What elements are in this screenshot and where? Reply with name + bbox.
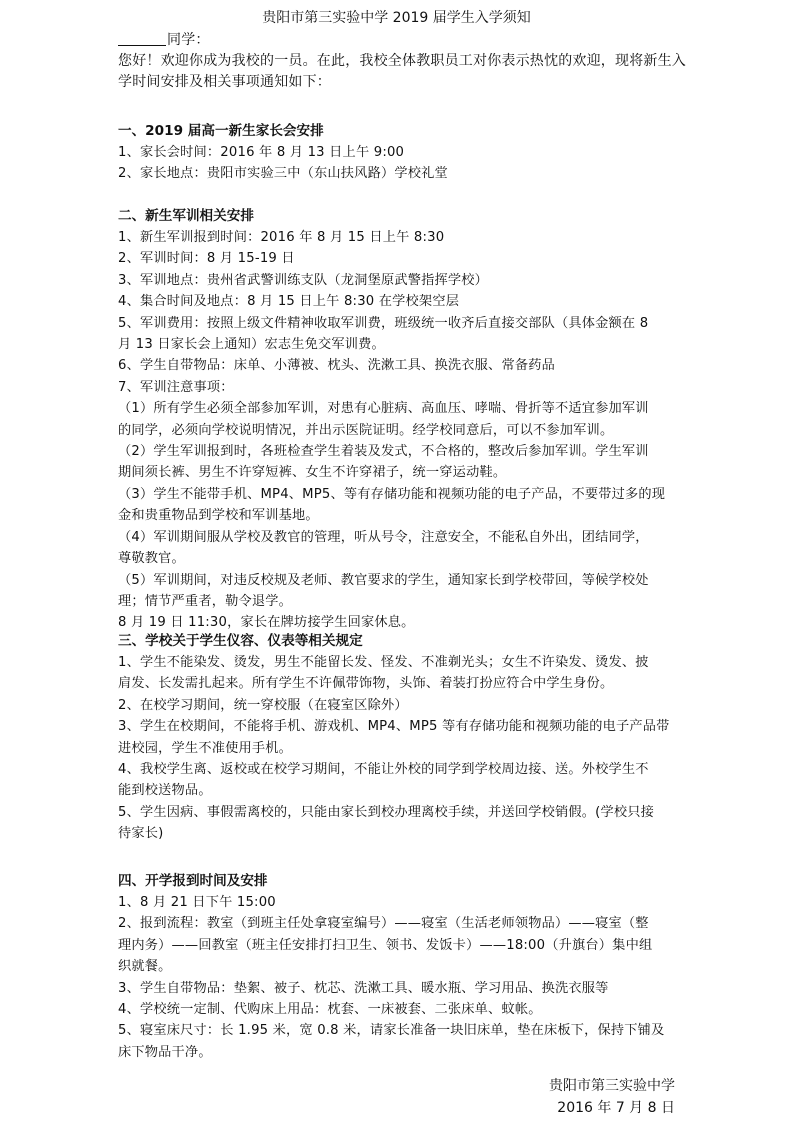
- section-line: 能到校送物品。: [118, 780, 698, 801]
- section-line: （4）军训期间服从学校及教官的管理，听从号令，注意安全，不能私自外出，团结同学，: [118, 527, 698, 548]
- section-appearance-rules: 三、学校关于学生仪容、仪表等相关规定 1、学生不能染发、烫发，男生不能留长发、怪…: [118, 630, 698, 845]
- intro-line: 您好！欢迎你成为我校的一员。在此，我校全体教职员工对你表示热忱的欢迎，现将新生入: [118, 51, 698, 72]
- section-line: 的同学，必须向学校说明情况，并出示医院证明。经学校同意后，可以不参加军训。: [118, 420, 698, 441]
- document-title: 贵阳市第三实验中学 2019 届学生入学须知: [0, 8, 793, 28]
- section-line: 5、学生因病、事假需离校的，只能由家长到校办理离校手续，并送回学校销假。(学校只…: [118, 802, 698, 823]
- section-line: 4、学校统一定制、代购床上用品：枕套、一床被套、二张床单、蚊帐。: [118, 999, 698, 1020]
- addressee-suffix: 同学：: [167, 32, 210, 48]
- section-military-training: 二、新生军训相关安排 1、新生军训报到时间：2016 年 8 月 15 日上午 …: [118, 205, 698, 634]
- section-line: 织就餐。: [118, 956, 698, 977]
- signature-school: 贵阳市第三实验中学: [549, 1076, 675, 1096]
- section-registration: 四、开学报到时间及安排 1、8 月 21 日下午 15:00 2、报到流程：教室…: [118, 870, 698, 1063]
- section-line: 3、学生自带物品：垫絮、被子、枕芯、洗漱工具、暖水瓶、学习用品、换洗衣服等: [118, 978, 698, 999]
- section-line: 3、军训地点：贵州省武警训练支队（龙洞堡原武警指挥学校）: [118, 270, 698, 291]
- addressee-line: 同学：: [118, 30, 698, 51]
- section-line: 1、学生不能染发、烫发，男生不能留长发、怪发、不准剃光头；女生不许染发、烫发、披: [118, 652, 698, 673]
- section-line: 肩发、长发需扎起来。所有学生不许佩带饰物，头饰、着装打扮应符合中学生身份。: [118, 673, 698, 694]
- section-title: 三、学校关于学生仪容、仪表等相关规定: [118, 630, 698, 652]
- section-line: 3、学生在校期间，不能将手机、游戏机、MP4、MP5 等有存储功能和视频功能的电…: [118, 716, 698, 737]
- intro-line: 学时间安排及相关事项通知如下：: [118, 72, 698, 93]
- section-line: 2、家长地点：贵阳市实验三中（东山扶风路）学校礼堂: [118, 163, 698, 184]
- section-line: 待家长): [118, 823, 698, 844]
- section-title: 四、开学报到时间及安排: [118, 870, 698, 892]
- greeting-block: 同学： 您好！欢迎你成为我校的一员。在此，我校全体教职员工对你表示热忱的欢迎，现…: [118, 30, 698, 93]
- section-title: 一、2019 届高一新生家长会安排: [118, 120, 698, 142]
- section-line: 2、报到流程：教室（到班主任处拿寝室编号）——寝室（生活老师领物品）——寝室（整: [118, 913, 698, 934]
- section-line: （2）学生军训报到时，各班检查学生着装及发式，不合格的，整改后参加军训。学生军训: [118, 441, 698, 462]
- section-line: 理；情节严重者，勒令退学。: [118, 591, 698, 612]
- section-line: 5、军训费用：按照上级文件精神收取军训费，班级统一收齐后直接交部队（具体金额在 …: [118, 313, 698, 334]
- section-line: 床下物品干净。: [118, 1042, 698, 1063]
- section-line: 月 13 日家长会上通知）宏志生免交军训费。: [118, 334, 698, 355]
- section-line: （1）所有学生必须全部参加军训，对患有心脏病、高血压、哮喘、骨折等不适宜参加军训: [118, 398, 698, 419]
- section-line: 1、家长会时间：2016 年 8 月 13 日上午 9:00: [118, 142, 698, 163]
- section-line: 1、新生军训报到时间：2016 年 8 月 15 日上午 8:30: [118, 227, 698, 248]
- section-line: 2、在校学习期间，统一穿校服（在寝室区除外）: [118, 695, 698, 716]
- signature-date: 2016 年 7 月 8 日: [557, 1098, 675, 1118]
- section-line: 期间须长裤、男生不许穿短裤、女生不许穿裙子，统一穿运动鞋。: [118, 462, 698, 483]
- section-line: 金和贵重物品到学校和军训基地。: [118, 505, 698, 526]
- name-blank: [118, 30, 166, 46]
- section-line: 尊敬教官。: [118, 548, 698, 569]
- section-parent-meeting: 一、2019 届高一新生家长会安排 1、家长会时间：2016 年 8 月 13 …: [118, 120, 698, 185]
- section-title: 二、新生军训相关安排: [118, 205, 698, 227]
- section-line: 2、军训时间：8 月 15-19 日: [118, 248, 698, 269]
- section-line: 理内务）——回教室（班主任安排打扫卫生、领书、发饭卡）——18:00（升旗台）集…: [118, 935, 698, 956]
- section-line: 7、军训注意事项：: [118, 377, 698, 398]
- section-line: 5、寝室床尺寸：长 1.95 米，宽 0.8 米，请家长准备一块旧床单，垫在床板…: [118, 1020, 698, 1041]
- section-line: 进校园，学生不准使用手机。: [118, 738, 698, 759]
- section-line: （5）军训期间，对违反校规及老师、教官要求的学生，通知家长到学校带回，等候学校处: [118, 570, 698, 591]
- section-line: 1、8 月 21 日下午 15:00: [118, 892, 698, 913]
- section-line: 4、集合时间及地点：8 月 15 日上午 8:30 在学校架空层: [118, 291, 698, 312]
- section-line: （3）学生不能带手机、MP4、MP5、等有存储功能和视频功能的电子产品，不要带过…: [118, 484, 698, 505]
- section-line: 6、学生自带物品：床单、小薄被、枕头、洗漱工具、换洗衣服、常备药品: [118, 355, 698, 376]
- section-line: 4、我校学生离、返校或在校学习期间，不能让外校的同学到学校周边接、送。外校学生不: [118, 759, 698, 780]
